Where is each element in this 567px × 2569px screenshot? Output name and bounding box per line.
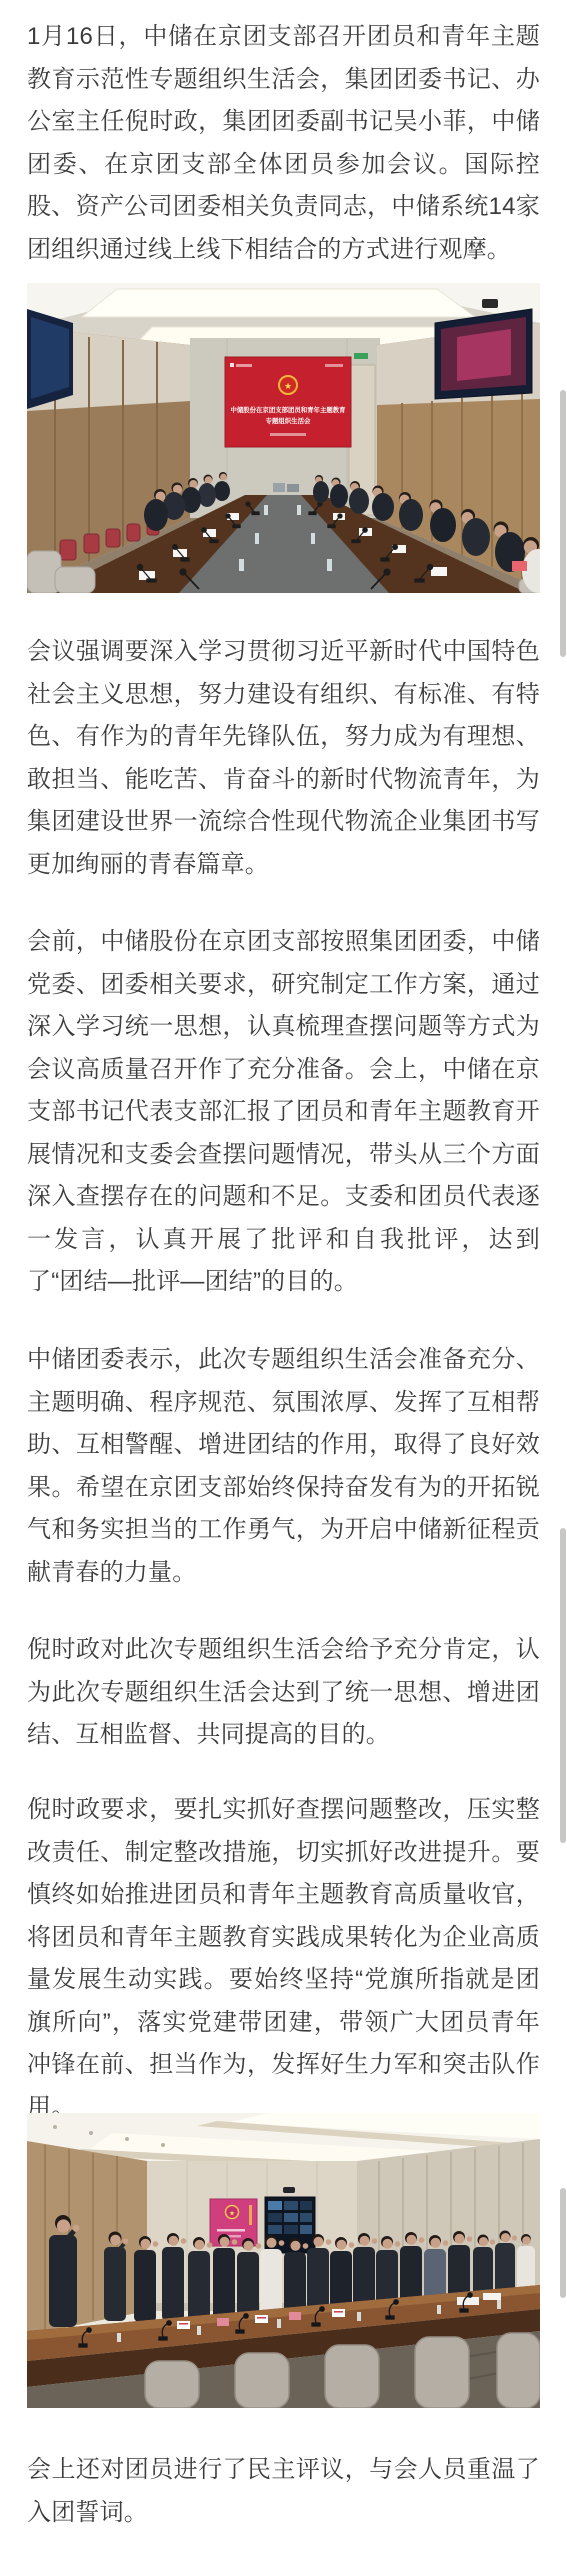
red-name-tent	[512, 561, 527, 571]
photo-meeting-seated-graphic: ★ 中储股份在京团支部团员和青年主题教育 专题组织生活会	[27, 283, 540, 593]
paragraph-7: 会上还对团员进行了民主评议，与会人员重温了入团誓词。	[27, 2449, 540, 2534]
screen-title-line2: 专题组织生活会	[266, 416, 311, 425]
league-emblem-star-icon: ★	[284, 381, 292, 391]
paragraph-6: 倪时政要求，要扎实抓好查摆问题整改，压实整改责任、制定整改措施，切实抓好改进提升…	[27, 1789, 540, 2129]
league-emblem-star-icon: ★	[229, 2210, 235, 2218]
paragraph-5: 倪时政对此次专题组织生活会给予充分肯定，认为此次专题组织生活会达到了统一思想、增…	[27, 1629, 540, 1757]
paragraph-2: 会议强调要深入学习贯彻习近平新时代中国特色社会主义思想，努力建设有组织、有标准、…	[27, 631, 540, 886]
paragraph-4: 中储团委表示，此次专题组织生活会准备充分、主题明确、程序规范、氛围浓厚、发挥了互…	[27, 1339, 540, 1594]
photo-oath-standing-graphic: ★	[27, 2113, 540, 2408]
paragraph-3: 会前，中储股份在京团支部按照集团团委，中储党委、团委相关要求，研究制定工作方案，…	[27, 921, 540, 1304]
red-led-screen: ★ 中储股份在京团支部团员和青年主题教育 专题组织生活会	[225, 357, 351, 447]
article-page: 1月16日，中储在京团支部召开团员和青年主题教育示范性专题组织生活会，集团团委书…	[0, 0, 567, 2569]
photo-oath-standing[interactable]: ★	[27, 2113, 540, 2408]
scrollbar-thumb-segment-1[interactable]	[560, 390, 566, 657]
scrollbar-thumb-segment-2[interactable]	[560, 1528, 566, 1843]
paragraph-1: 1月16日，中储在京团支部召开团员和青年主题教育示范性专题组织生活会，集团团委书…	[27, 16, 540, 271]
scrollbar-thumb-segment-3[interactable]	[560, 2188, 566, 2298]
video-camera	[482, 299, 498, 308]
screen-title-line1: 中储股份在京团支部团员和青年主题教育	[230, 405, 346, 414]
photo-meeting-seated[interactable]: ★ 中储股份在京团支部团员和青年主题教育 专题组织生活会	[27, 283, 540, 593]
